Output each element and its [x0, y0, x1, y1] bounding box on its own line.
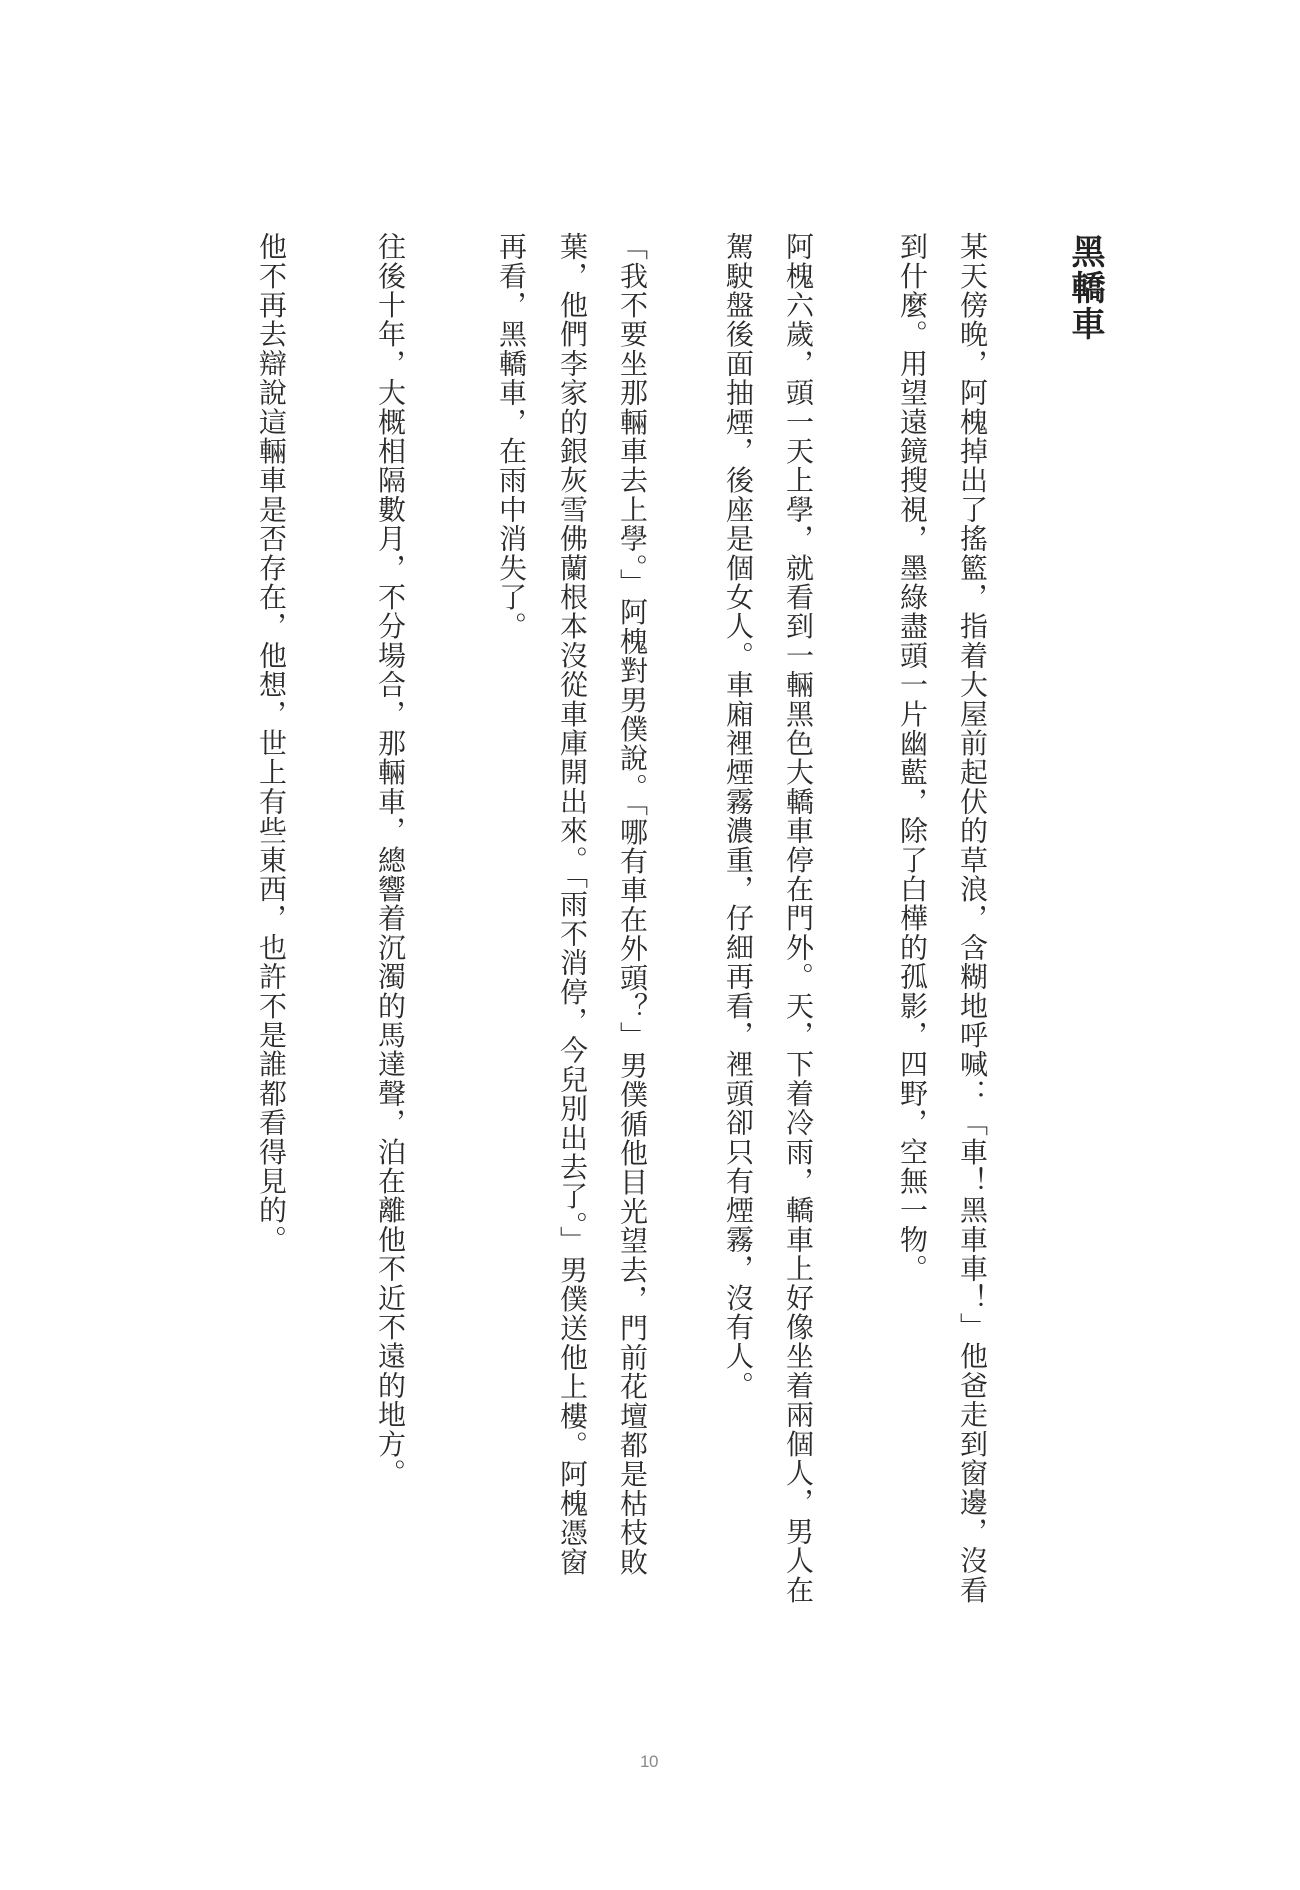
text-column-7: 再看，黑轎車，在雨中消失了。 — [496, 232, 526, 641]
text-column-8: 往後十年，大概相隔數月，不分場合，那輛車，總響着沉濁的馬達聲，泊在離他不近不遠的… — [375, 232, 405, 1488]
story-title: 黑轎車 — [1066, 234, 1104, 342]
text-column-9: 他不再去辯說這輛車是否存在，他想，世上有些東西，也許不是誰都看得見的。 — [256, 232, 286, 1254]
text-column-5: 「我不要坐那輛車去上學。」阿槐對男僕說。「哪有車在外頭？」男僕循他目光望去，門前… — [617, 232, 647, 1576]
page-number: 10 — [640, 1752, 658, 1772]
text-column-2: 到什麼。用望遠鏡搜視，墨綠盡頭一片幽藍，除了白樺的孤影，四野，空無一物。 — [897, 232, 927, 1283]
text-column-6: 葉，他們李家的銀灰雪佛蘭根本沒從車庫開出來。「雨不消停，今兒別出去了。」男僕送他… — [557, 232, 587, 1576]
text-column-4: 駕駛盤後面抽煙，後座是個女人。車廂裡煙霧濃重，仔細再看，裡頭卻只有煙霧，沒有人。 — [723, 232, 753, 1400]
document-page: 黑轎車 某天傍晚，阿槐掉出了搖籃，指着大屋前起伏的草浪，含糊地呼喊：「車！黑車車… — [0, 0, 1300, 1890]
text-column-3: 阿槐六歲，頭一天上學，就看到一輛黑色大轎車停在門外。天，下着冷雨，轎車上好像坐着… — [783, 232, 813, 1604]
text-column-1: 某天傍晚，阿槐掉出了搖籃，指着大屋前起伏的草浪，含糊地呼喊：「車！黑車車！」他爸… — [957, 232, 987, 1604]
